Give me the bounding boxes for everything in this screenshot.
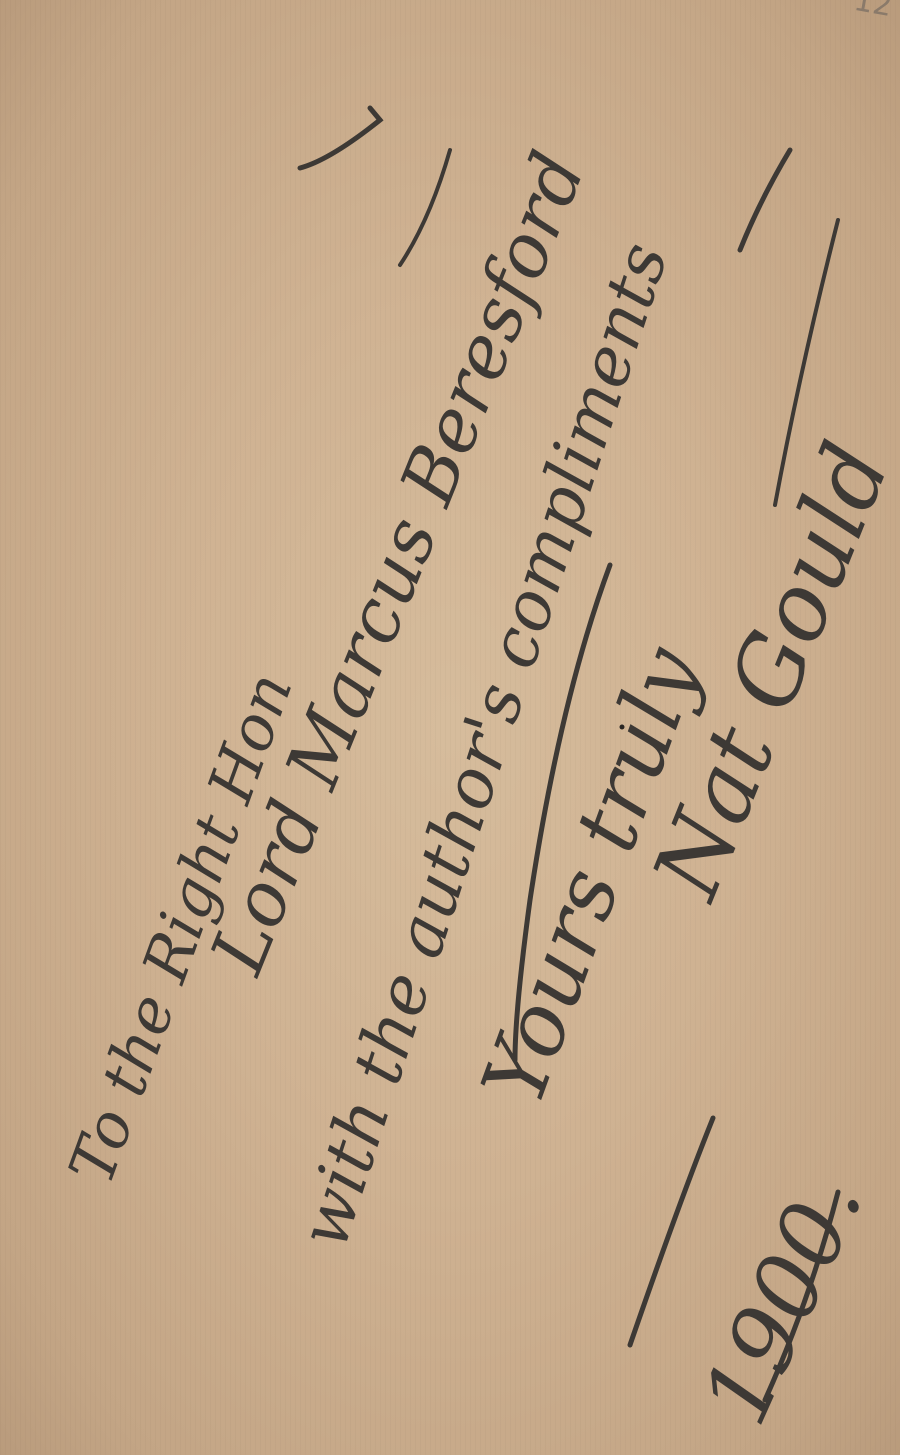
inscription-page: 12 To the Right Hon Lord Marcus Beresfor… <box>0 0 900 1455</box>
